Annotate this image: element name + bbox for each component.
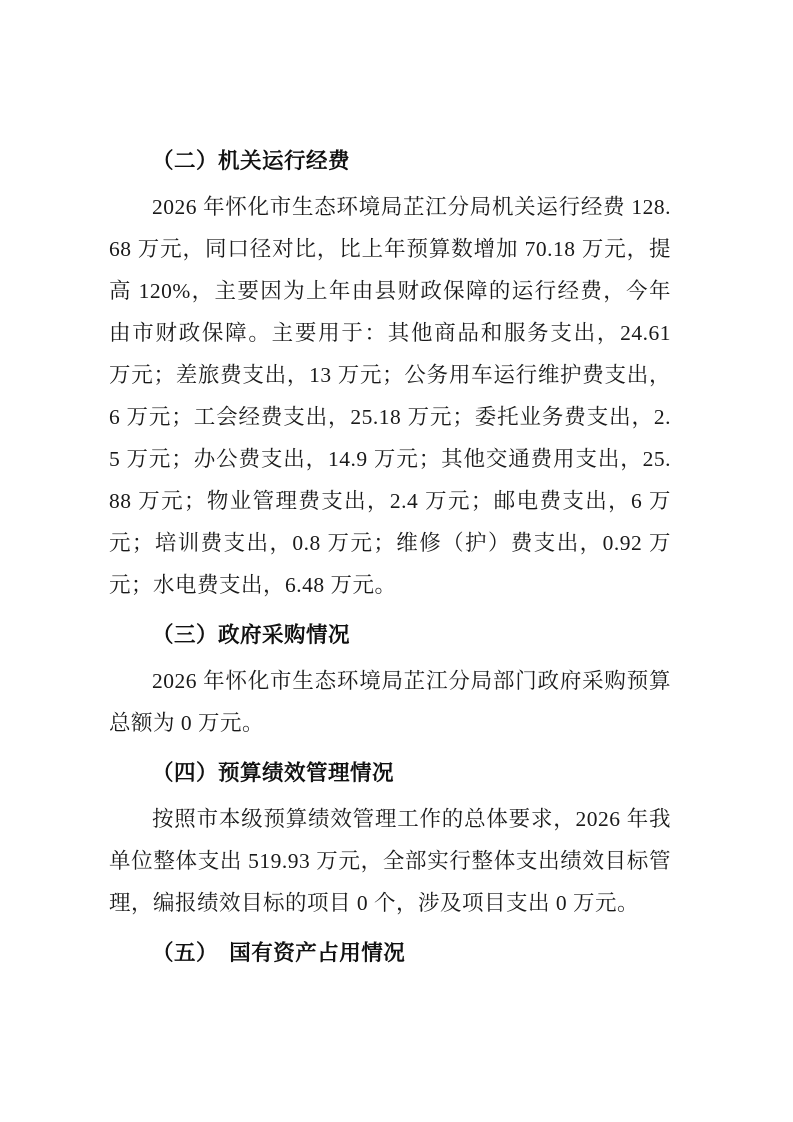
section-heading: （三）政府采购情况 bbox=[109, 614, 671, 656]
section-paragraph: 2026 年怀化市生态环境局芷江分局部门政府采购预算总额为 0 万元。 bbox=[109, 660, 671, 744]
section-paragraph: 2026 年怀化市生态环境局芷江分局机关运行经费 128.68 万元，同口径对比… bbox=[109, 186, 671, 606]
section-heading: （二）机关运行经费 bbox=[109, 140, 671, 182]
section-paragraph: 按照市本级预算绩效管理工作的总体要求，2026 年我单位整体支出 519.93 … bbox=[109, 798, 671, 924]
document-page: （二）机关运行经费2026 年怀化市生态环境局芷江分局机关运行经费 128.68… bbox=[0, 0, 793, 1122]
section-heading: （五） 国有资产占用情况 bbox=[109, 932, 671, 974]
document-body: （二）机关运行经费2026 年怀化市生态环境局芷江分局机关运行经费 128.68… bbox=[109, 140, 671, 974]
section-heading: （四）预算绩效管理情况 bbox=[109, 752, 671, 794]
